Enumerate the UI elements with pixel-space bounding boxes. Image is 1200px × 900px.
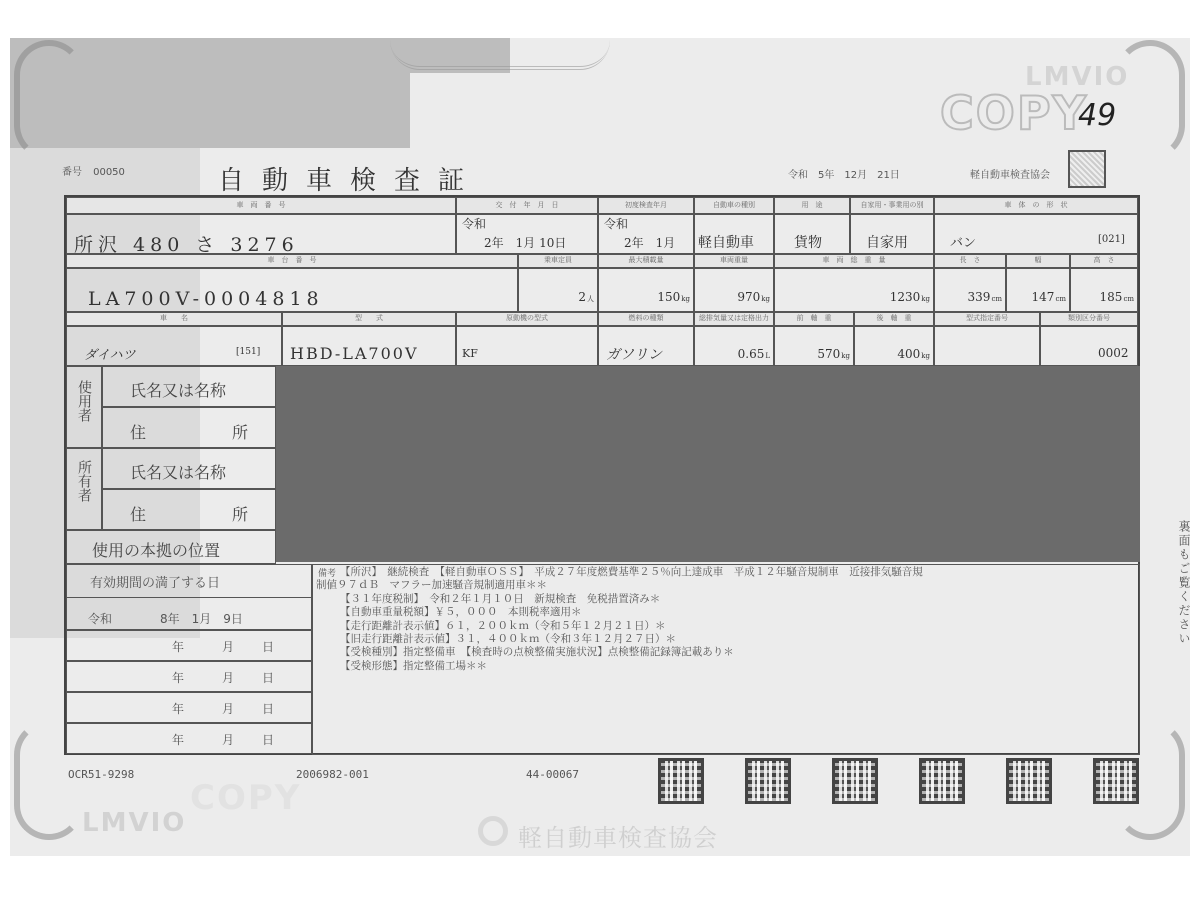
value-unit: kg <box>761 295 770 303</box>
user-address-label-1: 住 <box>130 420 146 443</box>
height-header: 高 さ <box>1070 254 1138 268</box>
owner-address-label-2: 所 <box>232 502 248 525</box>
make-header: 車 名 <box>66 312 282 326</box>
owner-name-label: 氏名又は名称 <box>130 460 226 483</box>
registration-no-header: 車 両 番 号 <box>66 197 456 214</box>
private-business-header: 自家用・事業用の別 <box>850 197 934 214</box>
value-number: 2 <box>578 290 586 304</box>
model-header: 型 式 <box>282 312 456 326</box>
remarks-text: 【所沢】 継続検査 【軽自動車ＯＳＳ】 平成２７年度燃費基準２５％向上達成車 平… <box>340 566 923 673</box>
value-unit: L <box>765 352 770 360</box>
first-reg-era-value: 令和 <box>604 215 628 232</box>
remarks-label: 備考 <box>318 566 336 579</box>
remarks-line: 【所沢】 継続検査 【軽自動車ＯＳＳ】 平成２７年度燃費基準２５％向上達成車 平… <box>340 566 923 579</box>
issue-date-header: 交 付 年 月 日 <box>456 197 598 214</box>
gross-weight-value: 1230kg <box>774 290 930 304</box>
displacement-header: 総排気量又は定格出力 <box>694 312 774 326</box>
category-no-value: 0002 <box>1098 346 1129 360</box>
remarks-line: 【受検種別】指定整備車 【検査時の点検整備実施状況】点検整備記録簿記載あり＊ <box>340 646 923 659</box>
value-cell <box>934 326 1040 366</box>
first-reg-header: 初度検査年月 <box>598 197 694 214</box>
value-number: 147 <box>1032 290 1055 304</box>
remarks-line: 【自動車重量税額】￥５，０００ 本則税率適用＊ <box>340 606 923 619</box>
value-number: 570 <box>817 347 840 361</box>
org-logo-watermark <box>478 816 508 846</box>
rear-axle-value: 400kg <box>854 347 930 361</box>
qr-code <box>919 758 965 804</box>
expiry-blank-row <box>66 661 312 692</box>
user-address-row <box>102 407 276 448</box>
expiry-blank-row <box>66 630 312 661</box>
redacted-owner-info <box>276 366 1140 562</box>
capacity-header: 乗車定員 <box>518 254 598 268</box>
office-code: 44-00067 <box>526 768 579 781</box>
expiry-blank-d: 日 <box>262 731 274 748</box>
value-number: 1230 <box>890 290 921 304</box>
doc-code: 2006982-001 <box>296 768 369 781</box>
max-load-header: 最大積載量 <box>598 254 694 268</box>
private-business-value: 自家用 <box>866 232 908 252</box>
ornament-top-left <box>14 40 84 160</box>
remarks-line: 【３１年度税制】 令和２年１月１０日 新規検査 免税措置済み＊ <box>340 593 923 606</box>
expiry-era: 令和 <box>88 610 112 627</box>
copy-watermark-top: COPY <box>940 86 1088 140</box>
background-pattern <box>250 73 290 106</box>
engine-model-header: 原動機の型式 <box>456 312 598 326</box>
issuer-name: 軽自動車検査協会 <box>970 166 1050 181</box>
width-value: 147cm <box>1006 290 1066 304</box>
expiry-blank-m: 月 <box>222 638 234 655</box>
owner-address-row <box>102 489 276 530</box>
expiry-blank-m: 月 <box>222 669 234 686</box>
qr-code <box>745 758 791 804</box>
expiry-blank-d: 日 <box>262 700 274 717</box>
side-note: 裏面もご覧ください <box>1176 520 1193 646</box>
copy-watermark-bottom: COPY <box>190 778 301 818</box>
remarks-line: 【旧走行距離計表示値】３１，４００ｋｍ（令和３年１２月２７日）＊ <box>340 633 923 646</box>
expiry-blank-m: 月 <box>222 731 234 748</box>
location-label: 使用の本拠の位置 <box>92 538 220 561</box>
vehicle-weight-header: 車両重量 <box>694 254 774 268</box>
value-cell <box>456 326 598 366</box>
value-number: 400 <box>897 347 920 361</box>
ornament-top-center <box>390 40 610 70</box>
body-shape-header: 車 体 の 形 状 <box>934 197 1138 214</box>
qr-code <box>832 758 878 804</box>
owner-label: 所有者 <box>74 460 94 502</box>
user-address-label-2: 所 <box>232 420 248 443</box>
value-unit: cm <box>1123 295 1134 303</box>
vehicle-weight-value: 970kg <box>694 290 770 304</box>
qr-code <box>658 758 704 804</box>
rear-axle-header: 後 軸 重 <box>854 312 934 326</box>
displacement-value: 0.65L <box>694 347 770 361</box>
width-header: 幅 <box>1006 254 1070 268</box>
chassis-no-value: LA700V-0004818 <box>88 288 324 310</box>
type-designation-header: 型式指定番号 <box>934 312 1040 326</box>
length-header: 長 さ <box>934 254 1006 268</box>
owner-address-label-1: 住 <box>130 502 146 525</box>
expiry-blank-d: 日 <box>262 669 274 686</box>
fuel-header: 燃料の種類 <box>598 312 694 326</box>
expiry-blank-y: 年 <box>172 700 184 717</box>
body-code-value: [021] <box>1098 234 1125 245</box>
value-number: 339 <box>968 290 991 304</box>
expiry-blank-y: 年 <box>172 638 184 655</box>
remarks-line: 【走行距離計表示値】６１，２００ｋｍ（令和５年１２月２１日）＊ <box>340 620 923 633</box>
user-label: 使用者 <box>74 380 94 422</box>
capacity-value: 2人 <box>518 290 594 304</box>
user-name-label: 氏名又は名称 <box>130 378 226 401</box>
issuer-seal <box>1068 150 1106 188</box>
value-unit: 人 <box>587 295 594 303</box>
expiry-blank-y: 年 <box>172 669 184 686</box>
expiry-label: 有効期間の満了する日 <box>90 572 220 591</box>
issue-date-value: 2年 1月 10日 <box>484 234 566 251</box>
first-reg-value: 2年 1月 <box>624 234 675 251</box>
expiry-blank-m: 月 <box>222 700 234 717</box>
body-shape-value: バン <box>950 232 976 251</box>
expiry-blank-row <box>66 692 312 723</box>
model-value: HBD-LA700V <box>290 344 419 363</box>
category-no-header: 類別区分番号 <box>1040 312 1138 326</box>
value-unit: cm <box>991 295 1002 303</box>
value-unit: kg <box>921 352 930 360</box>
serial-number: 番号 00050 <box>62 160 125 179</box>
make-code-value: [151] <box>236 347 260 357</box>
expiry-blank-d: 日 <box>262 638 274 655</box>
registration-no-value: 所沢 480 さ 3276 <box>74 230 299 257</box>
qr-code <box>1006 758 1052 804</box>
engine-model-value: KF <box>462 347 478 360</box>
gross-weight-header: 車 両 総 重 量 <box>774 254 934 268</box>
use-value: 貨物 <box>794 232 822 252</box>
value-unit: kg <box>921 295 930 303</box>
fuel-value: ガソリン <box>606 344 662 364</box>
expiry-date: 8年 1月 9日 <box>160 610 243 627</box>
value-unit: cm <box>1055 295 1066 303</box>
front-axle-header: 前 軸 重 <box>774 312 854 326</box>
qr-code <box>1093 758 1139 804</box>
handwritten-number: 49 <box>1078 98 1116 133</box>
value-number: 0.65 <box>738 347 765 361</box>
max-load-value: 150kg <box>598 290 690 304</box>
height-value: 185cm <box>1070 290 1134 304</box>
expiry-blank-row <box>66 723 312 754</box>
value-unit: kg <box>841 352 850 360</box>
make-value: ダイハツ <box>84 344 135 363</box>
use-header: 用 途 <box>774 197 850 214</box>
ocr-code: OCR51-9298 <box>68 768 134 781</box>
issue-date: 令和 5年 12月 21日 <box>788 166 900 181</box>
remarks-line: 制値９７ｄＢ マフラー加速騒音規制適用車＊＊ <box>316 579 923 592</box>
ornament-top-right <box>1115 40 1185 160</box>
document-title: 自動車検査証 <box>218 160 482 197</box>
expiry-blank-y: 年 <box>172 731 184 748</box>
vehicle-type-value: 軽自動車 <box>698 232 754 252</box>
issue-era-value: 令和 <box>462 215 486 232</box>
front-axle-value: 570kg <box>774 347 850 361</box>
value-number: 150 <box>657 290 680 304</box>
value-number: 970 <box>737 290 760 304</box>
brand-watermark-bottom: LMVIO <box>82 808 186 838</box>
remarks-line: 【受検形態】指定整備工場＊＊ <box>340 660 923 673</box>
value-number: 185 <box>1100 290 1123 304</box>
serial-value: 00050 <box>93 167 125 178</box>
org-watermark: 軽自動車検査協会 <box>518 818 718 853</box>
vehicle-type-header: 自動車の種別 <box>694 197 774 214</box>
length-value: 339cm <box>934 290 1002 304</box>
serial-label: 番号 <box>62 167 82 178</box>
value-unit: kg <box>681 295 690 303</box>
